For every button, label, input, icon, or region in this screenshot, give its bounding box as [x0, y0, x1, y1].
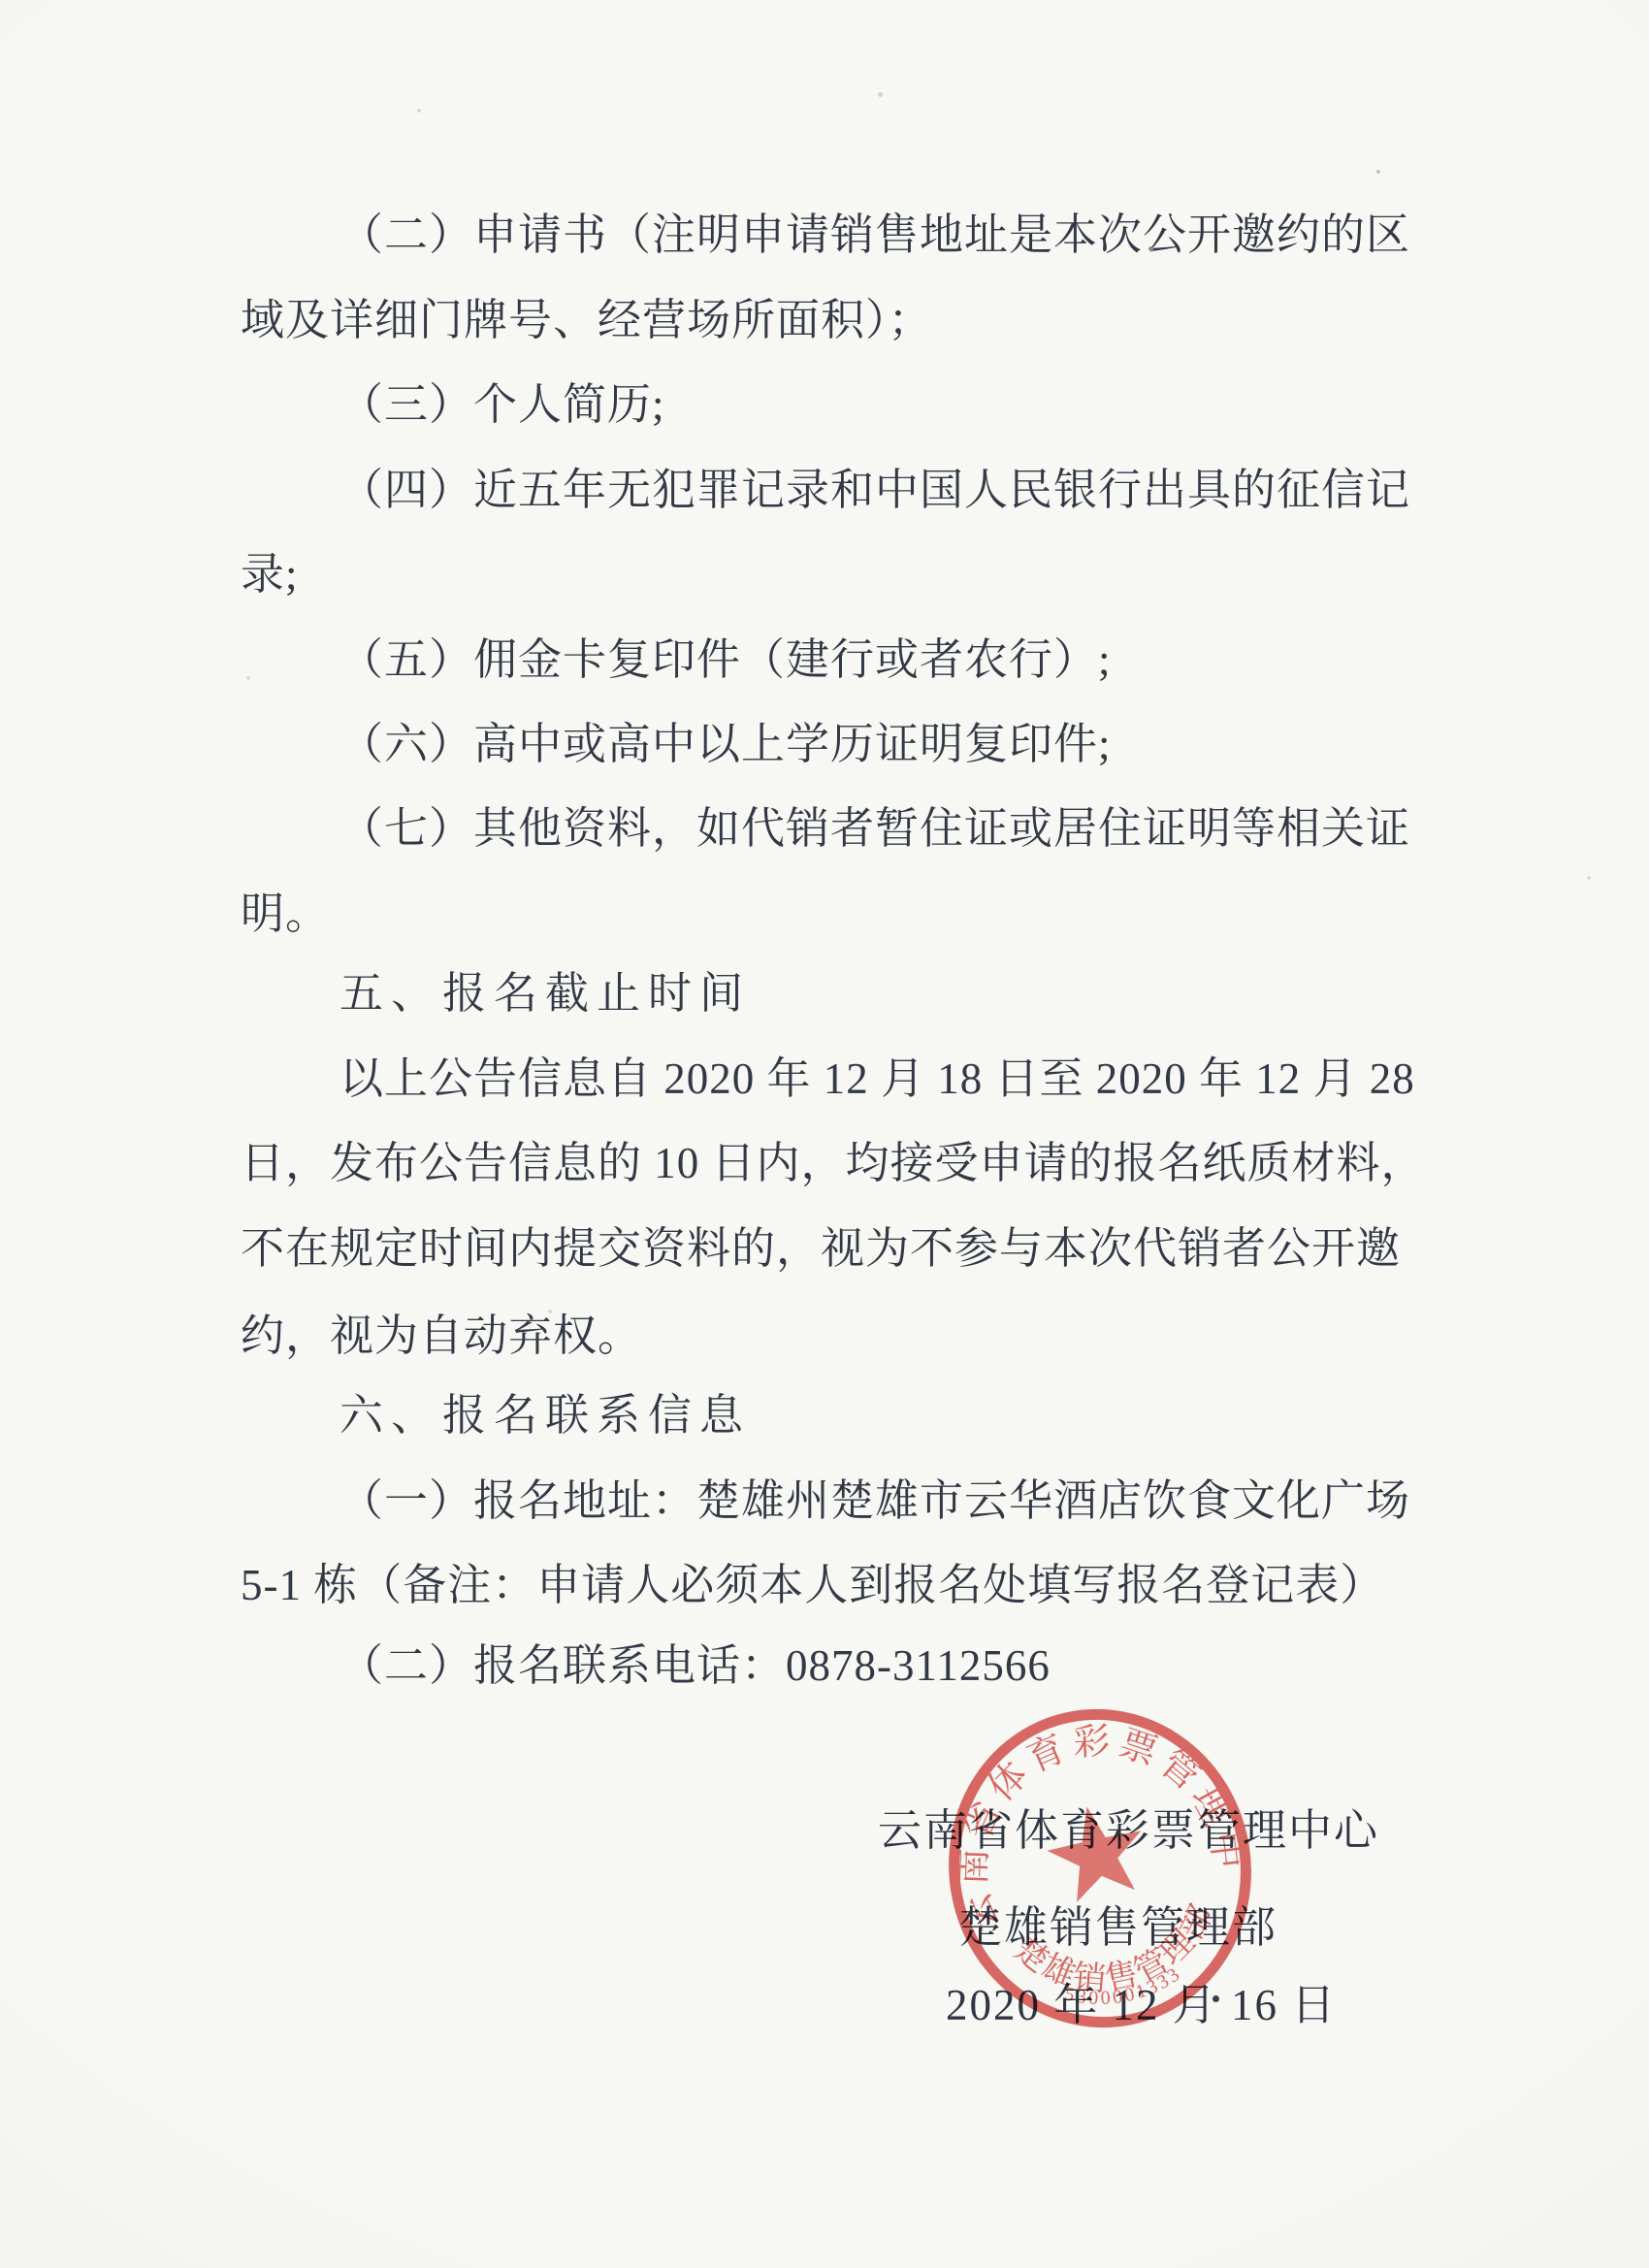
document-line: 日，发布公告信息的 10 日内，均接受申请的报名纸质材料， [241, 1139, 1426, 1187]
scan-speck [417, 109, 421, 113]
document-line: （三）个人简历; [339, 380, 665, 429]
document-line: （二）报名联系电话：0878-3112566 [339, 1641, 1051, 1690]
signature-date: 2020 年 12 月 16 日 [946, 1981, 1337, 2029]
document-line: 录; [241, 550, 299, 599]
document-line: 不在规定时间内提交资料的，视为不参与本次代销者公开邀 [241, 1224, 1401, 1273]
section-heading: 六、报名联系信息 [339, 1391, 751, 1440]
scan-speck [1148, 246, 1153, 251]
scan-speck [548, 1310, 552, 1313]
document-line: 约，视为自动弃权。 [241, 1312, 642, 1360]
scanned-document-page: （二）申请书（注明申请销售地址是本次公开邀约的区 域及详细门牌号、经营场所面积）… [0, 0, 1649, 2268]
scan-speck [246, 676, 250, 680]
document-line: 5-1 栋（备注：申请人必须本人到报名处填写报名登记表） [241, 1561, 1384, 1609]
document-line: （四）近五年无犯罪记录和中国人民银行出具的征信记 [339, 466, 1410, 514]
document-line: （五）佣金卡复印件（建行或者农行）; [339, 635, 1112, 684]
scan-speck [1212, 1995, 1219, 2002]
section-heading: 五、报名截止时间 [339, 969, 751, 1018]
document-line: （一）报名地址：楚雄州楚雄市云华酒店饮食文化广场 [339, 1476, 1410, 1525]
signature-org: 云南省体育彩票管理中心 [878, 1806, 1379, 1855]
scan-speck [878, 92, 883, 97]
scan-speck [1376, 170, 1380, 174]
document-line: 域及详细门牌号、经营场所面积）； [241, 296, 933, 344]
document-line: 明。 [241, 890, 330, 938]
scan-speck [1587, 876, 1591, 880]
document-line: （二）申请书（注明申请销售地址是本次公开邀约的区 [339, 211, 1410, 259]
document-line: （六）高中或高中以上学历证明复印件; [339, 720, 1112, 768]
document-line: （七）其他资料，如代销者暂住证或居住证明等相关证 [339, 804, 1410, 853]
signature-dept: 楚雄销售管理部 [958, 1903, 1277, 1952]
document-line: 以上公告信息自 2020 年 12 月 18 日至 2020 年 12 月 28 [339, 1054, 1415, 1103]
